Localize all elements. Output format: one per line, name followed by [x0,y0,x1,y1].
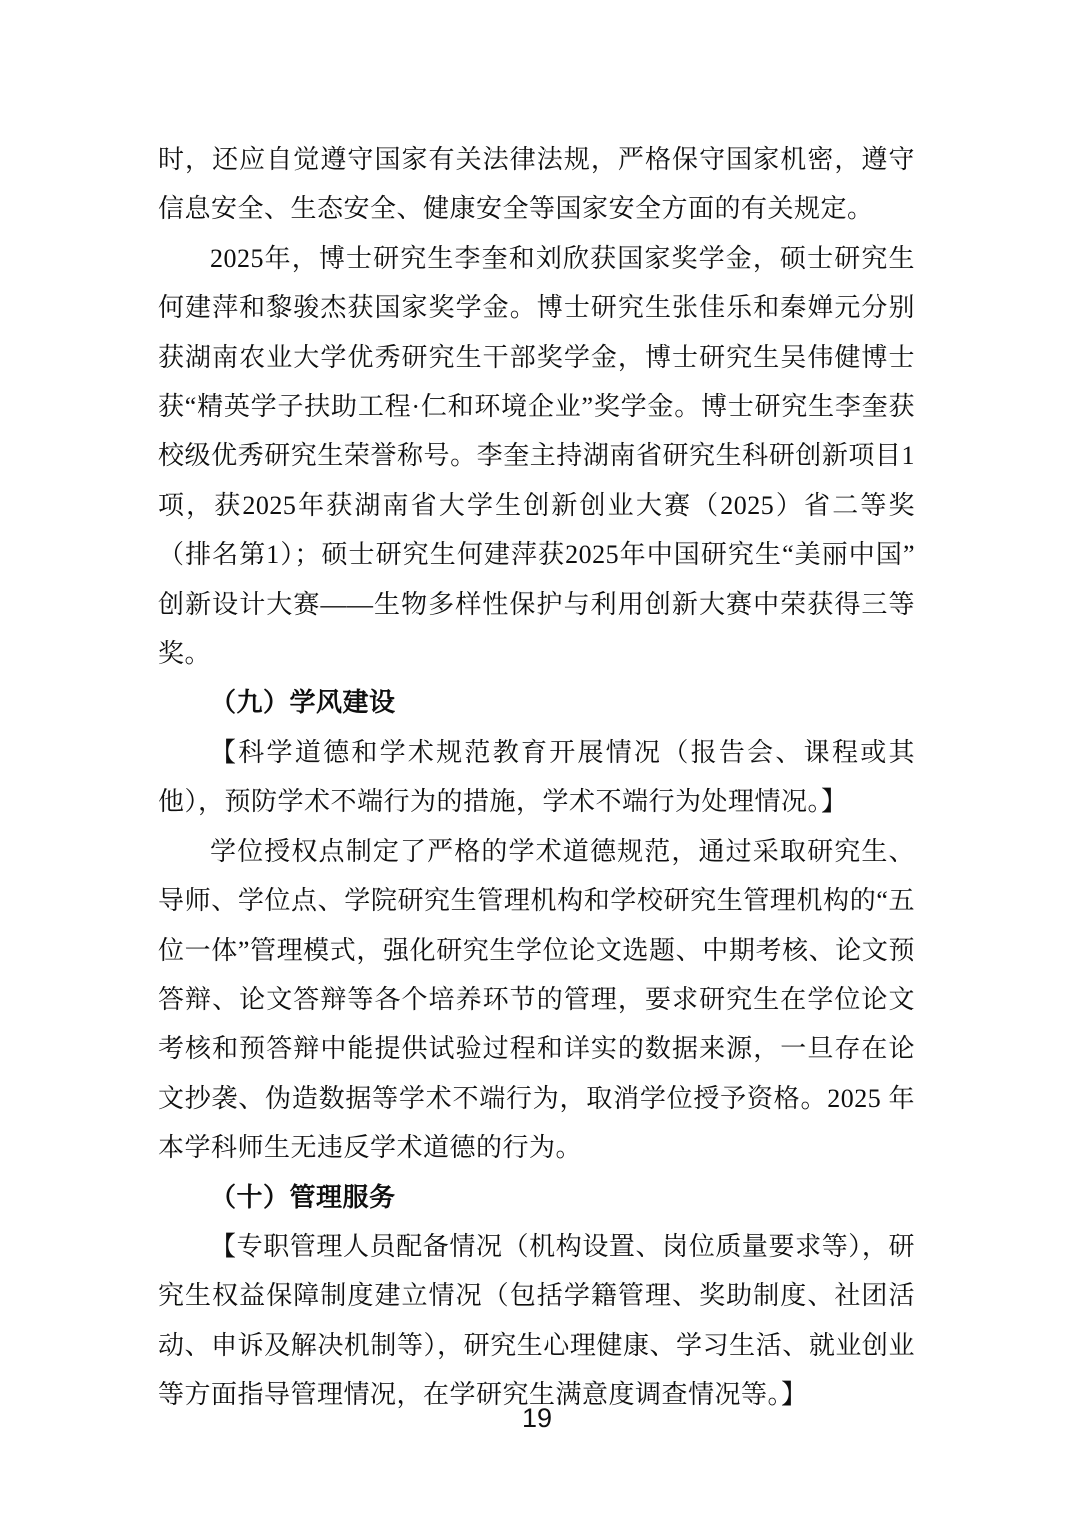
heading-section-nine-study-style: （九）学风建设 [158,678,915,727]
page-number: 19 [0,1402,1074,1434]
paragraph-security-regulations: 时，还应自觉遵守国家有关法律法规，严格保守国家机密，遵守信息安全、生态安全、健康… [158,135,915,234]
paragraph-academic-ethics-template: 【科学道德和学术规范教育开展情况（报告会、课程或其他），预防学术不端行为的措施，… [158,728,915,827]
paragraph-academic-ethics-measures: 学位授权点制定了严格的学术道德规范，通过采取研究生、导师、学位点、学院研究生管理… [158,827,915,1173]
page-canvas: 时，还应自觉遵守国家有关法律法规，严格保守国家机密，遵守信息安全、生态安全、健康… [0,0,1074,1520]
heading-section-ten-management-service: （十）管理服务 [158,1173,915,1222]
paragraph-management-service-template: 【专职管理人员配备情况（机构设置、岗位质量要求等），研究生权益保障制度建立情况（… [158,1222,915,1420]
page-body-text: 时，还应自觉遵守国家有关法律法规，严格保守国家机密，遵守信息安全、生态安全、健康… [158,135,915,1420]
paragraph-scholarship-awards: 2025年，博士研究生李奎和刘欣获国家奖学金，硕士研究生何建萍和黎骏杰获国家奖学… [158,234,915,679]
document-page: { "document": { "blocks": [ { "type": "b… [0,0,1074,1520]
